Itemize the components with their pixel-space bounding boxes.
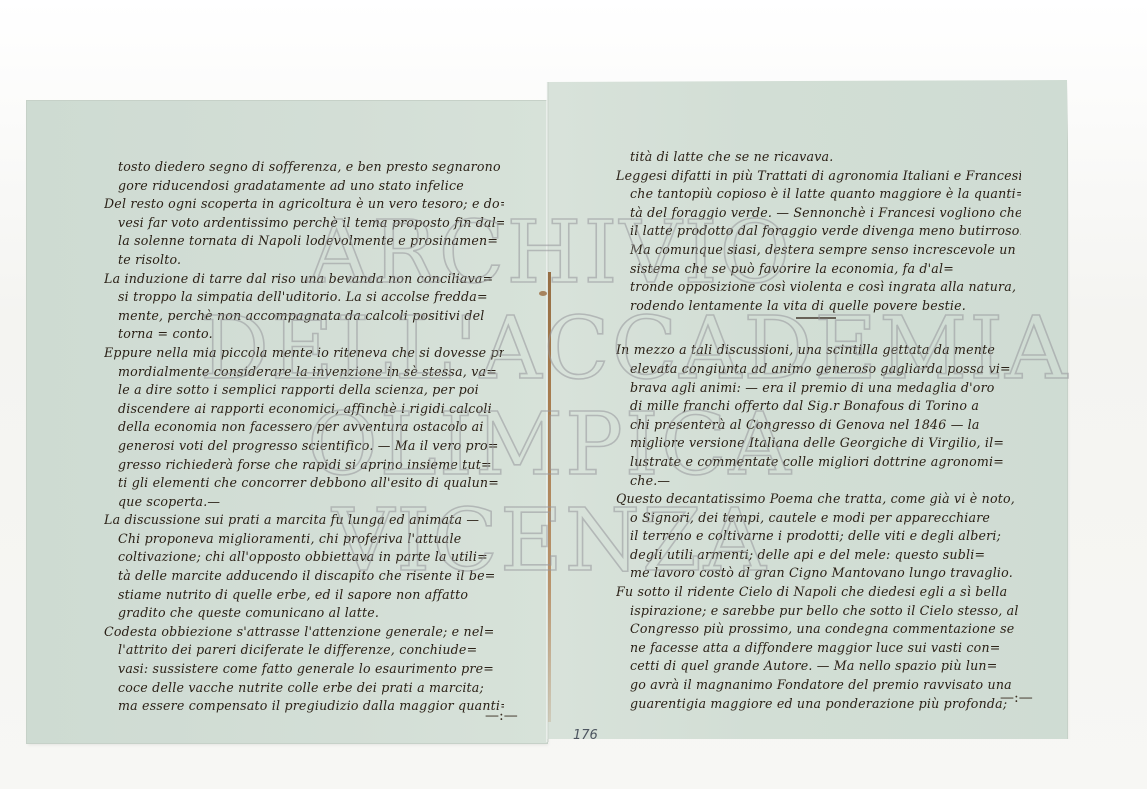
text-line: il latte prodotto dal foraggio verde div…: [616, 222, 1021, 241]
end-mark: —:—: [485, 708, 518, 724]
text-line: tà delle marcite adducendo il discapito …: [104, 567, 504, 586]
text-line: migliore versione Italiana delle Georgic…: [616, 434, 1021, 453]
text-line: brava agli animi: — era il premio di una…: [616, 379, 1021, 398]
text-line: ispirazione; e sarebbe pur bello che sot…: [616, 602, 1021, 621]
text-line: che tantopiù copioso è il latte quanto m…: [616, 185, 1021, 204]
text-line: ma essere compensato il pregiudizio dall…: [104, 697, 504, 716]
text-line: le a dire sotto i semplici rapporti dell…: [104, 381, 504, 400]
text-line: gradito che queste comunicano al latte.: [104, 604, 504, 623]
text-line: tà del foraggio verde. — Sennonchè i Fra…: [616, 204, 1021, 223]
text-line: si troppo la simpatia dell'uditorio. La …: [104, 288, 504, 307]
paragraph-separator: [796, 317, 836, 319]
text-line: vasi: sussistere come fatto generale lo …: [104, 660, 504, 679]
text-line: guarentigia maggiore ed una ponderazione…: [616, 695, 1021, 714]
text-line: Codesta obbiezione s'attrasse l'attenzio…: [104, 623, 504, 642]
text-line: me lavoro costò al gran Cigno Mantovano …: [616, 564, 1021, 583]
text-line: tronde opposizione così violenta e così …: [616, 278, 1021, 297]
folio-number: 176: [573, 728, 598, 743]
text-line: di mille franchi offerto dal Sig.r Bonaf…: [616, 397, 1021, 416]
text-line: sistema che se può favorire la economia,…: [616, 260, 1021, 279]
text-line: che.—: [616, 472, 1021, 491]
text-line: tosto diedero segno di sofferenza, e ben…: [104, 158, 504, 177]
text-line: stiame nutrito di quelle erbe, ed il sap…: [104, 586, 504, 605]
text-line: Congresso più prossimo, una condegna com…: [616, 620, 1021, 639]
ink-blot: [539, 291, 547, 296]
paragraph-gap: [616, 319, 1021, 341]
text-line: della economia non facessero per avventu…: [104, 418, 504, 437]
text-line: tità di latte che se ne ricavava.: [616, 148, 1021, 167]
text-line: cetti di quel grande Autore. — Ma nello …: [616, 657, 1021, 676]
text-line: la solenne tornata di Napoli lodevolment…: [104, 232, 504, 251]
text-line: il terreno e coltivarne i prodotti; dell…: [616, 527, 1021, 546]
text-line: La discussione sui prati a marcita fu lu…: [104, 511, 504, 530]
text-line: gore riducendosi gradatamente ad uno sta…: [104, 177, 504, 196]
text-line: vesi far voto ardentissimo perchè il tem…: [104, 214, 504, 233]
text-line: rodendo lentamente la vita di quelle pov…: [616, 297, 1021, 316]
text-line: ti gli elementi che concorrer debbono al…: [104, 474, 504, 493]
text-line: Del resto ogni scoperta in agricoltura è…: [104, 195, 504, 214]
text-line: chi presenterà al Congresso di Genova ne…: [616, 416, 1021, 435]
text-line: gresso richiederà forse che rapidi si ap…: [104, 456, 504, 475]
text-line: lustrate e commentate colle migliori dot…: [616, 453, 1021, 472]
right-page-text: tità di latte che se ne ricavava. Legges…: [616, 148, 1021, 713]
text-line: te risolto.: [104, 251, 504, 270]
text-line: Ma comunque siasi, destera sempre senso …: [616, 241, 1021, 260]
text-line: generosi voti del progresso scientifico.…: [104, 437, 504, 456]
text-line: coltivazione; chi all'opposto obbiettava…: [104, 548, 504, 567]
text-line: La induzione di tarre dal riso una bevan…: [104, 270, 504, 289]
text-line: o Signori, dei tempi, cautele e modi per…: [616, 509, 1021, 528]
text-line: elevata congiunta ad animo generoso gagl…: [616, 360, 1021, 379]
text-line: Questo decantatissimo Poema che tratta, …: [616, 490, 1021, 509]
text-line: mente, perchè non accompagnata da calcol…: [104, 307, 504, 326]
text-line: discendere ai rapporti economici, affinc…: [104, 400, 504, 419]
end-mark: —:—: [1000, 690, 1033, 706]
left-page-text: tosto diedero segno di sofferenza, e ben…: [104, 158, 504, 716]
text-line: degli utili armenti; delle api e del mel…: [616, 546, 1021, 565]
text-line: ne facesse atta a diffondere maggior luc…: [616, 639, 1021, 658]
fold-stain: [548, 272, 551, 722]
text-line: Fu sotto il ridente Cielo di Napoli che …: [616, 583, 1021, 602]
text-line: In mezzo a tali discussioni, una scintil…: [616, 341, 1021, 360]
text-line: Eppure nella mia piccola mente io ritene…: [104, 344, 504, 363]
text-line: Chi proponeva miglioramenti, chi proferi…: [104, 530, 504, 549]
text-line: torna = conto.: [104, 325, 504, 344]
text-line: go avrà il magnanimo Fondatore del premi…: [616, 676, 1021, 695]
text-line: que scoperta.—: [104, 493, 504, 512]
text-line: coce delle vacche nutrite colle erbe dei…: [104, 679, 504, 698]
text-line: mordialmente considerare la invenzione i…: [104, 363, 504, 382]
text-line: l'attrito dei pareri diciferate le diffe…: [104, 641, 504, 660]
text-line: Leggesi difatti in più Trattati di agron…: [616, 167, 1021, 186]
